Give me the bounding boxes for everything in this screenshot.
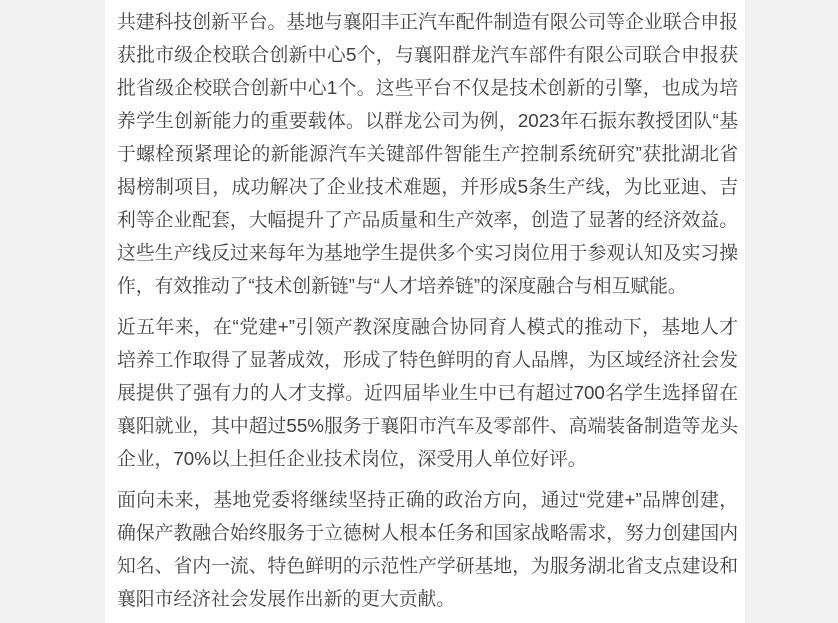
article-paragraph-2: 近五年来，在“党建+”引领产教深度融合协同育人模式的推动下，基地人才培养工作取得…: [117, 310, 738, 475]
article-paragraph-3: 面向未来，基地党委将继续坚持正确的政治方向，通过“党建+”品牌创建，确保产教融合…: [117, 483, 738, 615]
article-paragraph-1: 共建科技创新平台。基地与襄阳丰正汽车配件制造有限公司等企业联合申报获批市级企校联…: [117, 5, 738, 302]
article-content-column: 共建科技创新平台。基地与襄阳丰正汽车配件制造有限公司等企业联合申报获批市级企校联…: [105, 0, 745, 623]
